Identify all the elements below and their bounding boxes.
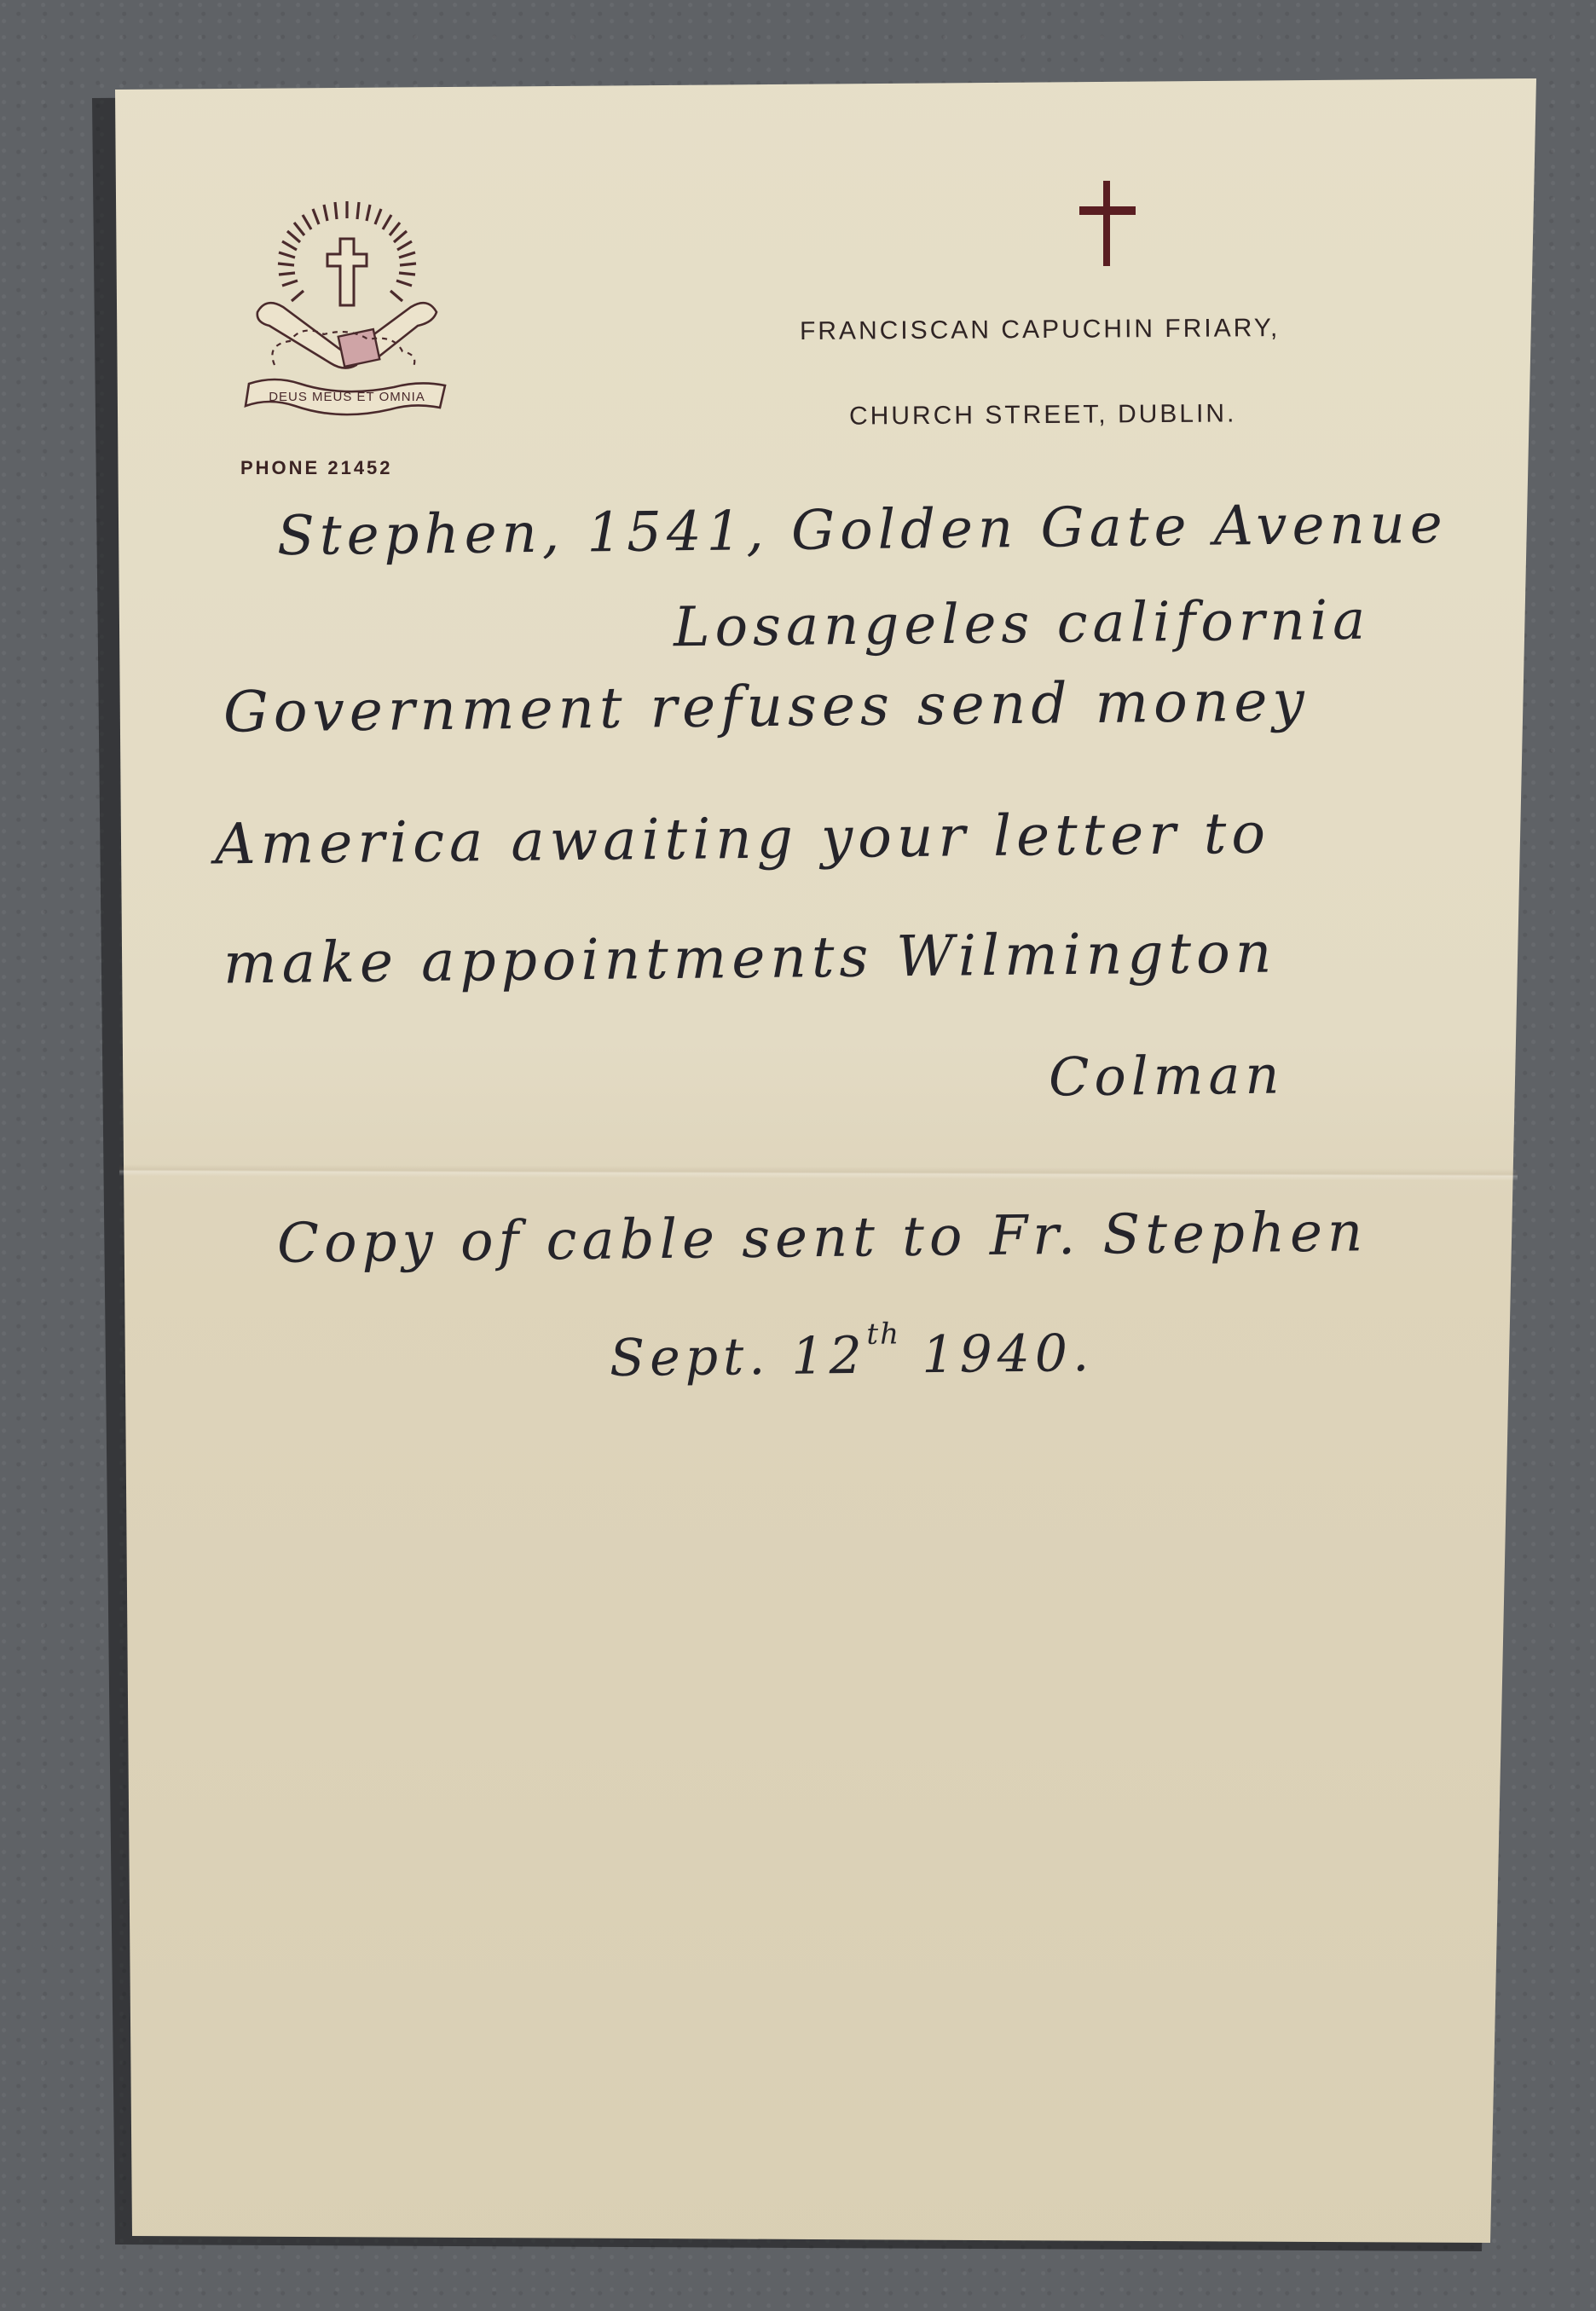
date-prefix: Sept. 12 (610, 1326, 867, 1388)
recipient-line: Stephen, 1541, Golden Gate Avenue (277, 493, 1448, 568)
crest-motto: DEUS MEUS ET OMNIA (269, 390, 425, 404)
body-line: Government refuses send money (223, 668, 1310, 744)
capuchin-crest-icon: DEUS MEUS ET OMNIA (240, 186, 454, 425)
body-line: make appointments Wilmington (223, 920, 1277, 997)
latin-cross-icon (1076, 179, 1139, 268)
letter-sheet (0, 0, 1596, 2311)
signature: Colman (1049, 1044, 1285, 1109)
letterhead-institution: FRANCISCAN CAPUCHIN FRIARY, (800, 314, 1281, 346)
copy-note: Copy of cable sent to Fr. Stephen (277, 1201, 1368, 1275)
note-date: Sept. 12th 1940. (610, 1315, 1095, 1388)
phone-number: PHONE 21452 (240, 457, 393, 479)
date-ordinal: th (866, 1317, 900, 1351)
date-year: 1940. (900, 1323, 1095, 1385)
body-line: America awaiting your letter to (215, 801, 1271, 877)
city-line: Losangeles california (674, 589, 1371, 660)
letterhead-address: CHURCH STREET, DUBLIN. (849, 399, 1237, 431)
